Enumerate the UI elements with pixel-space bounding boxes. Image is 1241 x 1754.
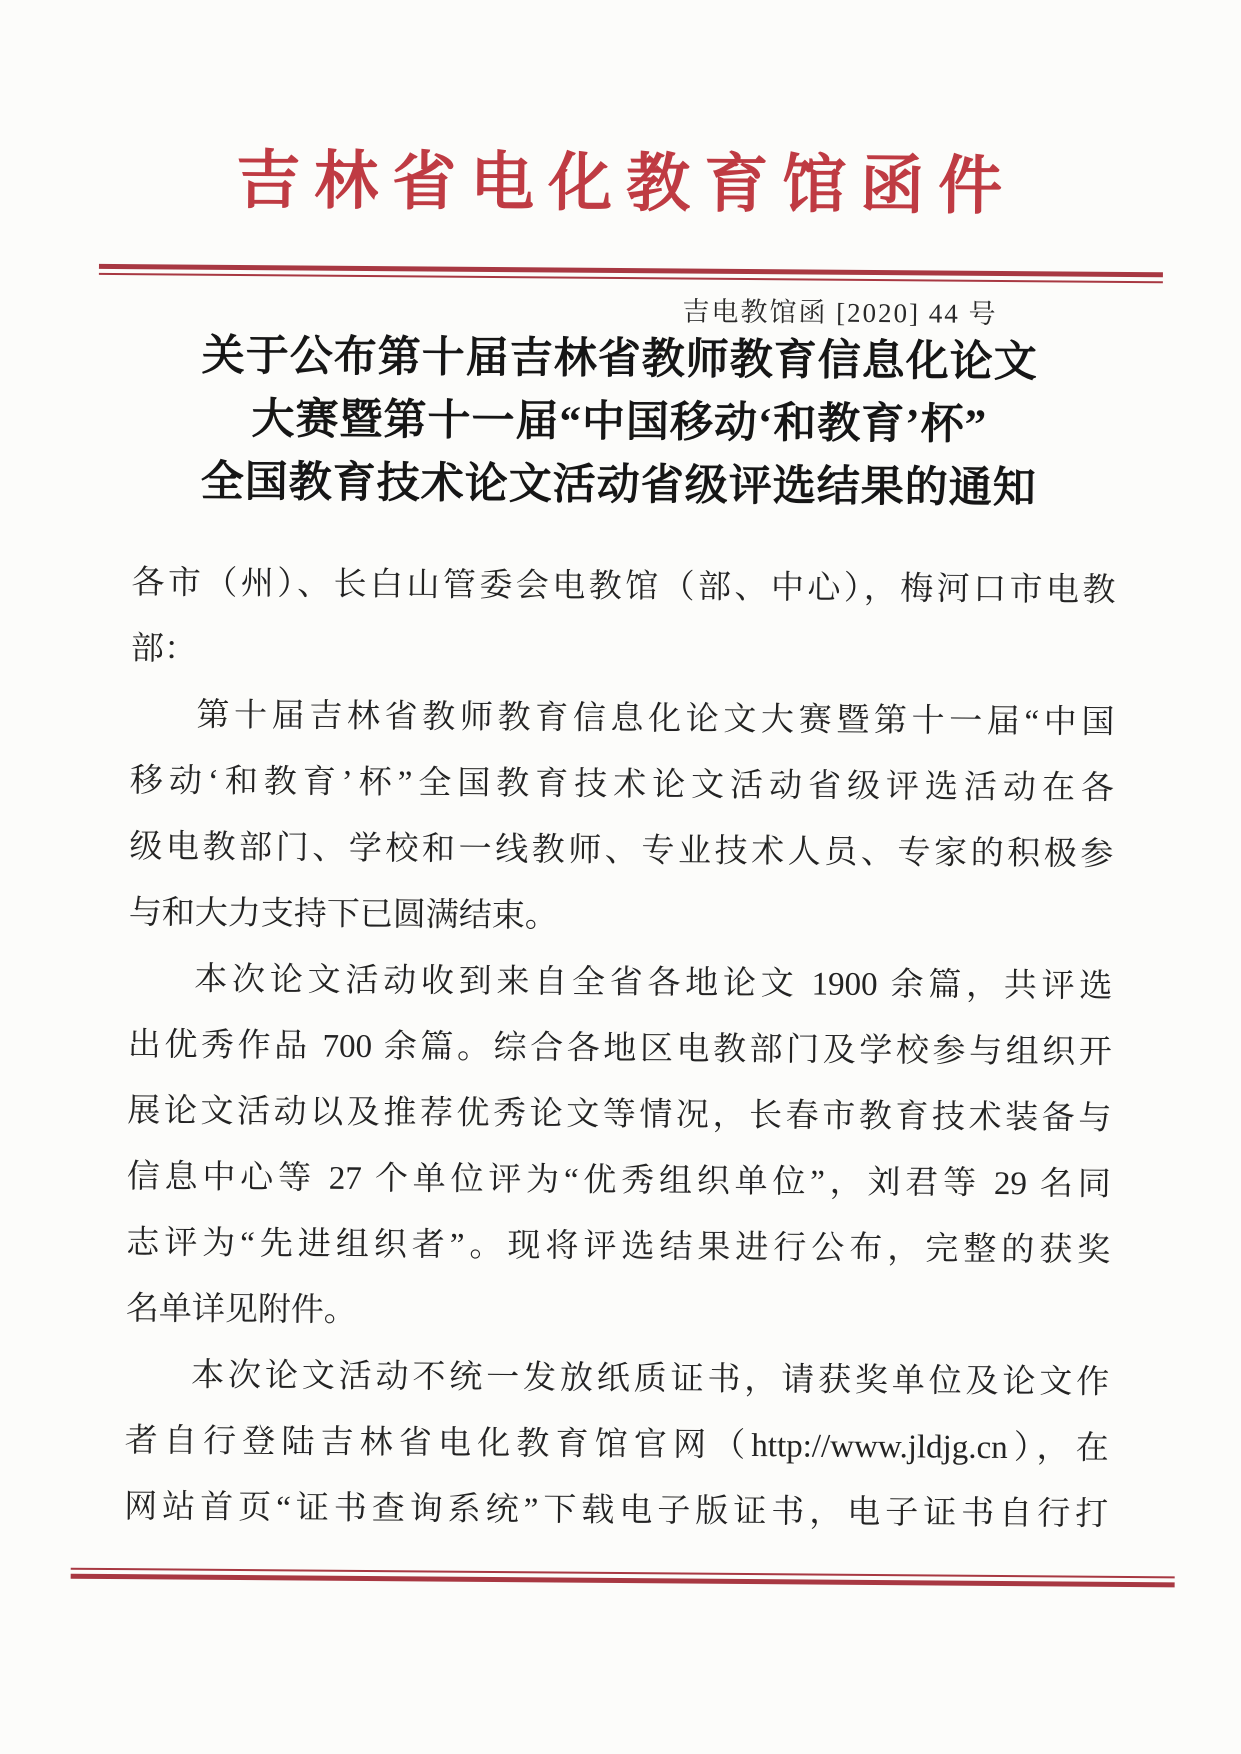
title-line: 全国教育技术论文活动省级评选结果的通知: [93, 450, 1144, 521]
body-line: 志评为“先进组织者”。现将评选结果进行公布，完整的获奖: [126, 1210, 1110, 1284]
body-line: 第十届吉林省教师教育信息化论文大赛暨第十一届“中国: [130, 682, 1114, 756]
body-line: 网站首页“证书查询系统”下载电子版证书，电子证书自行打: [124, 1474, 1108, 1548]
title-line: 关于公布第十届吉林省教师教育信息化论文: [94, 324, 1145, 395]
body-line: 出优秀作品 700 余篇。综合各地区电教部门及学校参与组织开: [128, 1012, 1112, 1086]
letter-content: 吉林省电化教育馆函件 吉电教馆函 [2020] 44 号 关于公布第十届吉林省教…: [0, 0, 1241, 1754]
body-line: 与和大力支持下已圆满结束。: [129, 880, 1113, 954]
footer-divider: [71, 1568, 1175, 1588]
document-title: 关于公布第十届吉林省教师教育信息化论文大赛暨第十一届“中国移动‘和教育’杯”全国…: [93, 324, 1145, 521]
scanned-letter-page: 吉林省电化教育馆函件 吉电教馆函 [2020] 44 号 关于公布第十届吉林省教…: [0, 0, 1241, 1754]
body-line: 本次论文活动不统一发放纸质证书，请获奖单位及论文作: [125, 1342, 1109, 1416]
body-line: 各市（州）、长白山管委会电教馆（部、中心），梅河口市电教: [131, 550, 1115, 624]
body-line: 者自行登陆吉林省电化教育馆官网（http://www.jldjg.cn），在: [124, 1408, 1108, 1482]
body-line: 名单详见附件。: [126, 1276, 1110, 1350]
body-line: 部：: [131, 616, 1115, 690]
body-line: 展论文活动以及推荐优秀论文等情况，长春市教育技术装备与: [127, 1078, 1111, 1152]
body-line: 移动‘和教育’杯”全国教育技术论文活动省级评选活动在各: [130, 748, 1114, 822]
body-line: 本次论文活动收到来自全省各地论文 1900 余篇，共评选: [128, 946, 1112, 1020]
header-divider: [99, 264, 1163, 283]
body-line: 级电教部门、学校和一线教师、专业技术人员、专家的积极参: [129, 814, 1113, 888]
letterhead-title: 吉林省电化教育馆函件: [5, 127, 1241, 229]
document-body: 各市（州）、长白山管委会电教馆（部、中心），梅河口市电教部：第十届吉林省教师教育…: [124, 550, 1116, 1548]
body-line: 信息中心等 27 个单位评为“优秀组织单位”，刘君等 29 名同: [127, 1144, 1111, 1218]
document-number: 吉电教馆函 [2020] 44 号: [682, 289, 998, 330]
title-line: 大赛暨第十一届“中国移动‘和教育’杯”: [94, 387, 1145, 458]
